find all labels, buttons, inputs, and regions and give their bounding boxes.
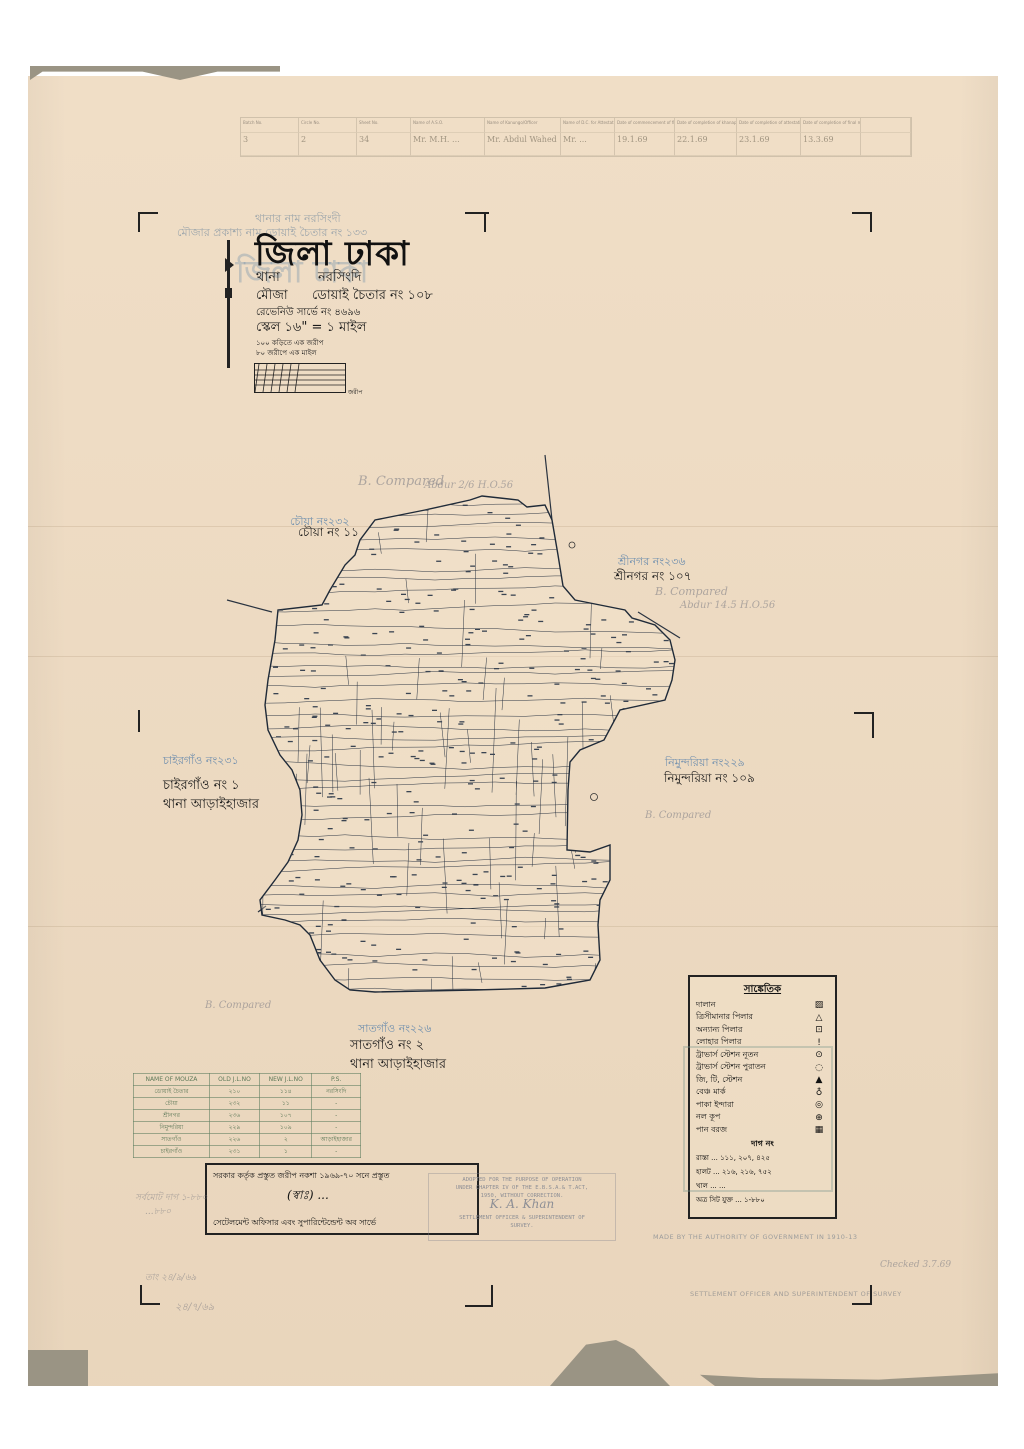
jl-row: ডোয়াই চৈতার২১০১১৪নরসিংদি [134,1086,361,1098]
authority-text: MADE BY THE AUTHORITY OF GOVERNMENT IN 1… [653,1233,858,1241]
stamp-line: ADOPTED FOR THE PURPOSE OF OPERATION [429,1176,615,1184]
jl-cell: আড়াইহাজার [312,1134,361,1146]
traverse-station-icon [591,794,598,801]
adoption-stamp: ADOPTED FOR THE PURPOSE OF OPERATION UND… [428,1173,616,1241]
jl-row: চাইরগাঁও২৩১১- [134,1146,361,1158]
jl-cell: ২৩১ [209,1146,259,1158]
jl-cell: ২৩৬ [209,1110,259,1122]
jl-cell: - [312,1122,361,1134]
legend-item: অন্যান্য পিলার⊡ [690,1024,835,1037]
stamp-line: SETTLEMENT OFFICER & SUPERINTENDENT OF [429,1214,615,1222]
jl-header: OLD J.L.NO [209,1074,259,1086]
jl-cell: নরসিংদি [312,1086,361,1098]
certificate-signature: (স্বাঃ) ... [287,1187,329,1207]
jl-cell: - [312,1110,361,1122]
jl-cell: ২৩২ [209,1098,259,1110]
jl-number-table: NAME OF MOUZA OLD J.L.NO NEW J.L.NO P.S.… [133,1073,361,1158]
jl-row: শ্রীনগর২৩৬১০৭- [134,1110,361,1122]
jl-cell: ২১০ [209,1086,259,1098]
legend-label: ত্রিসীমানার পিলার [696,1011,753,1024]
jl-cell: ১০৭ [260,1110,312,1122]
legend-label: অন্যান্য পিলার [696,1024,742,1037]
jl-row: চৌয়া২৩২১১- [134,1098,361,1110]
jl-header: P.S. [312,1074,361,1086]
jl-cell: চাইরগাঁও [134,1146,210,1158]
jl-header: NEW J.L.NO [260,1074,312,1086]
old-legend-ghost [683,1046,833,1192]
pencil-note: তাং ২৪/৯/৬৯ [145,1270,196,1285]
plot-row: অত্র সিট যুক্ত ... ১-৮৮০ [690,1193,835,1207]
stamp-line: SURVEY. [429,1222,615,1230]
boundary-line [227,600,272,612]
legend-item: দালান▨ [690,999,835,1012]
jl-cell: সাতগাঁও [134,1134,210,1146]
certificate-line: সেটেলমেন্ট অফিসার এবং সুপারিন্টেন্ডেন্ট … [213,1217,376,1230]
jl-cell: ১ [260,1146,312,1158]
legend-symbol-icon: ▨ [809,1000,829,1010]
certificate-line: সরকার কর্তৃক প্রস্তুত জরীপ নকশা ১৯৬৯-৭০ … [213,1170,390,1183]
stamp-signature: K. A. Khan [429,1200,615,1214]
jl-cell: শ্রীনগর [134,1110,210,1122]
jl-cell: ডোয়াই চৈতার [134,1086,210,1098]
stamp-line: UNDER CHAPTER IV OF THE E.B.S.A.& T.ACT, [429,1184,615,1192]
legend-symbol-icon: ⊡ [809,1025,829,1035]
jl-row: সাতগাঁও২২৬২আড়াইহাজার [134,1134,361,1146]
jl-cell: - [312,1146,361,1158]
jl-row: নিমুন্দরিয়া২২৯১০৯- [134,1122,361,1134]
traverse-station-icon [569,542,575,548]
jl-cell: ২২৬ [209,1134,259,1146]
legend-title: সাঙ্কেতিক [690,982,835,999]
pencil-note: সর্বমোট দাগ ১-৮৮০ [135,1190,207,1205]
pencil-note: ...৮৮০ [145,1204,171,1219]
jl-cell: ১০৯ [260,1122,312,1134]
jl-cell: ২ [260,1134,312,1146]
pencil-note: Checked 3.7.69 [880,1260,951,1270]
legend-item: ত্রিসীমানার পিলার△ [690,1012,835,1025]
jl-cell: ১১ [260,1098,312,1110]
jl-cell: ২২৯ [209,1122,259,1134]
settlement-officer-text: SETTLEMENT OFFICER AND SUPERINTENDENT OF… [690,1290,902,1298]
jl-cell: নিমুন্দরিয়া [134,1122,210,1134]
pencil-signature: ২৪/৭/৬৯ [175,1300,214,1317]
jl-cell: ১১৪ [260,1086,312,1098]
jl-header: NAME OF MOUZA [134,1074,210,1086]
legend-symbol-icon: △ [809,1013,829,1023]
legend-label: দালান [696,999,716,1012]
jl-cell: চৌয়া [134,1098,210,1110]
jl-cell: - [312,1098,361,1110]
